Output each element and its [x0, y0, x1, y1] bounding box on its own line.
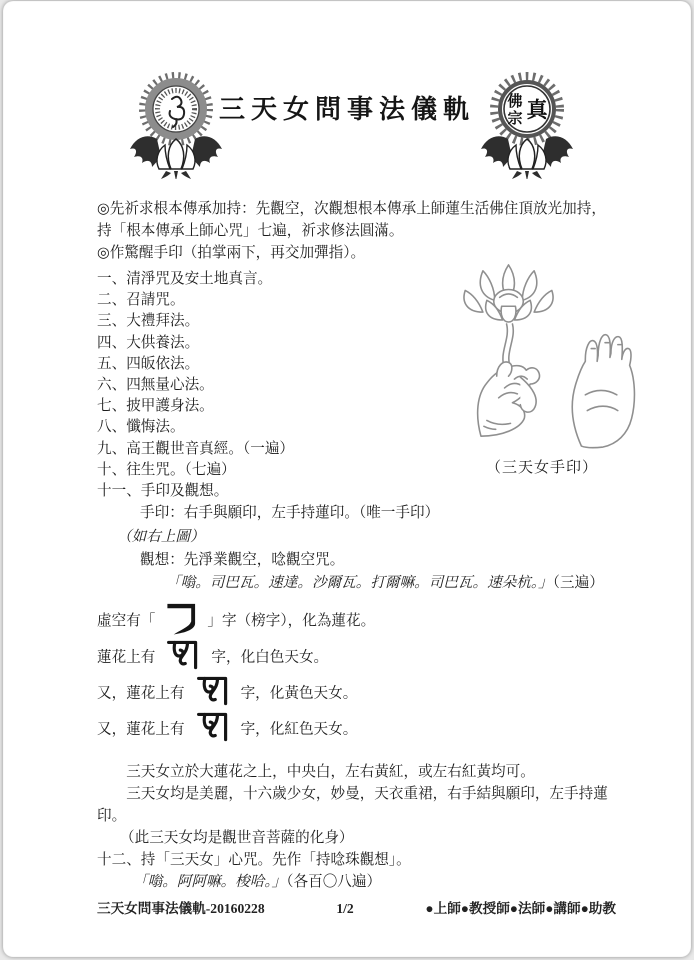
ritual-step: 七、披甲護身法。 — [97, 396, 616, 417]
ritual-step: 二、召請咒。 — [97, 290, 616, 311]
footer-page-number: 1/2 — [336, 901, 353, 917]
true-buddha-school-seal-icon: 真 佛 宗 — [477, 69, 577, 179]
page-footer: 三天女問事法儀軌-20160228 1/2 ●上師●教授師●法師●講師●助教 — [97, 897, 616, 917]
footer-doc-id: 三天女問事法儀軌-20160228 — [97, 897, 265, 917]
ritual-step: 五、四皈依法。 — [97, 354, 616, 375]
seed-row-text: 蓮花上有 — [97, 649, 155, 665]
seed-row-text: 又，蓮花上有 — [97, 721, 185, 737]
seed-row-text: 虛空有「 — [97, 613, 155, 629]
seed-syllable-section: 虛空有「」字（榜字），化為蓮花。 蓮花上有字，化白色天女。 又，蓮花上有字，化黃… — [97, 601, 616, 745]
ritual-step: 十一、手印及觀想。 — [97, 481, 616, 502]
main-text: ◎先祈求根本傳承加持：先觀空，次觀想根本傳承上師蓮生活佛住頂放光加持，持「根本傳… — [97, 198, 616, 893]
ritual-step: 四、大供養法。 — [97, 333, 616, 354]
visualization-instruction: 觀想：先淨業觀空，唸觀空咒。 — [97, 549, 616, 572]
tibetan-pam-seed-syllable-icon — [164, 601, 198, 636]
seed-row: 又，蓮花上有字，化紅色天女。 — [97, 709, 616, 745]
ritual-step: 十、往生咒。（七遍） — [97, 460, 616, 481]
seed-row: 又，蓮花上有字，化黃色天女。 — [97, 673, 616, 709]
ritual-step: 一、清淨咒及安土地真言。 — [97, 269, 616, 290]
heart-mantra-repetitions: （各百〇八遍） — [286, 874, 381, 890]
ritual-step: 八、懺悔法。 — [97, 417, 616, 438]
seed-row: 虛空有「」字（榜字），化為蓮花。 — [97, 601, 616, 637]
mantra-repetitions: （三遍） — [553, 575, 604, 591]
ritual-step: 九、高王觀世音真經。（一遍） — [97, 439, 616, 460]
seed-row-text: 字，化白色天女。 — [211, 649, 328, 665]
tibetan-ah-seed-syllable-icon — [164, 637, 202, 673]
mudra-instruction: 手印：右手與願印，左手持蓮印。（唯一手印） — [97, 502, 616, 525]
figure-reference: （如右上圖） — [97, 526, 616, 549]
heart-mantra-line: 「嗡。阿阿嘛。梭哈。」（各百〇八遍） — [97, 871, 616, 893]
tibetan-ah-seed-syllable-icon — [194, 709, 232, 745]
intro-paragraph: ◎先祈求根本傳承加持：先觀空，次觀想根本傳承上師蓮生活佛住頂放光加持，持「根本傳… — [97, 198, 616, 242]
seed-row-text: 字，化黃色天女。 — [241, 685, 358, 701]
tibetan-ah-seed-syllable-icon — [194, 673, 232, 709]
page-title: 三天女問事法儀軌 — [3, 89, 691, 126]
seed-row-text: 」字（榜字），化為蓮花。 — [207, 613, 375, 629]
footer-role-tags: ●上師●教授師●法師●講師●助教 — [425, 897, 616, 917]
seal-char-zong: 宗 — [507, 109, 522, 127]
heart-mantra: 「嗡。阿阿嘛。梭哈。」 — [133, 874, 286, 890]
intro-mudra-line: ◎作驚醒手印（拍掌兩下，再交加彈指）。 — [97, 242, 616, 264]
true-buddha-school-seal-graphic: 真 佛 宗 — [477, 69, 577, 179]
seed-row-text: 又，蓮花上有 — [97, 685, 185, 701]
seal-char-zhen: 真 — [527, 98, 549, 122]
ritual-step-list: 一、清淨咒及安土地真言。 二、召請咒。 三、大禮拜法。 四、大供養法。 五、四皈… — [97, 269, 616, 502]
seed-row-text: 字，化紅色天女。 — [241, 721, 358, 737]
goddess-appearance-paragraph: 三天女均是美麗，十六歲少女，妙曼，天衣重裙，右手結與願印，左手持蓮印。 — [97, 783, 616, 827]
step-12-line: 十二、持「三天女」心咒。先作「持唸珠觀想」。 — [97, 849, 616, 871]
avalokitesvara-note: （此三天女均是觀世音菩薩的化身） — [97, 827, 616, 849]
emptiness-mantra: 「嗡。司巴瓦。速達。沙爾瓦。打爾嘛。司巴瓦。速朵杭。」 — [166, 575, 553, 591]
goddess-position-paragraph: 三天女立於大蓮花之上，中央白，左右黃紅，或左右紅黃均可。 — [97, 761, 616, 783]
document-page: 三天女問事法儀軌 真 佛 宗 — [3, 1, 691, 957]
ritual-step: 六、四無量心法。 — [97, 375, 616, 396]
emptiness-mantra-line: 「嗡。司巴瓦。速達。沙爾瓦。打爾嘛。司巴瓦。速朵杭。」（三遍） — [97, 572, 616, 595]
ritual-step: 三、大禮拜法。 — [97, 311, 616, 332]
seed-row: 蓮花上有字，化白色天女。 — [97, 637, 616, 673]
seal-char-fo: 佛 — [506, 92, 522, 110]
